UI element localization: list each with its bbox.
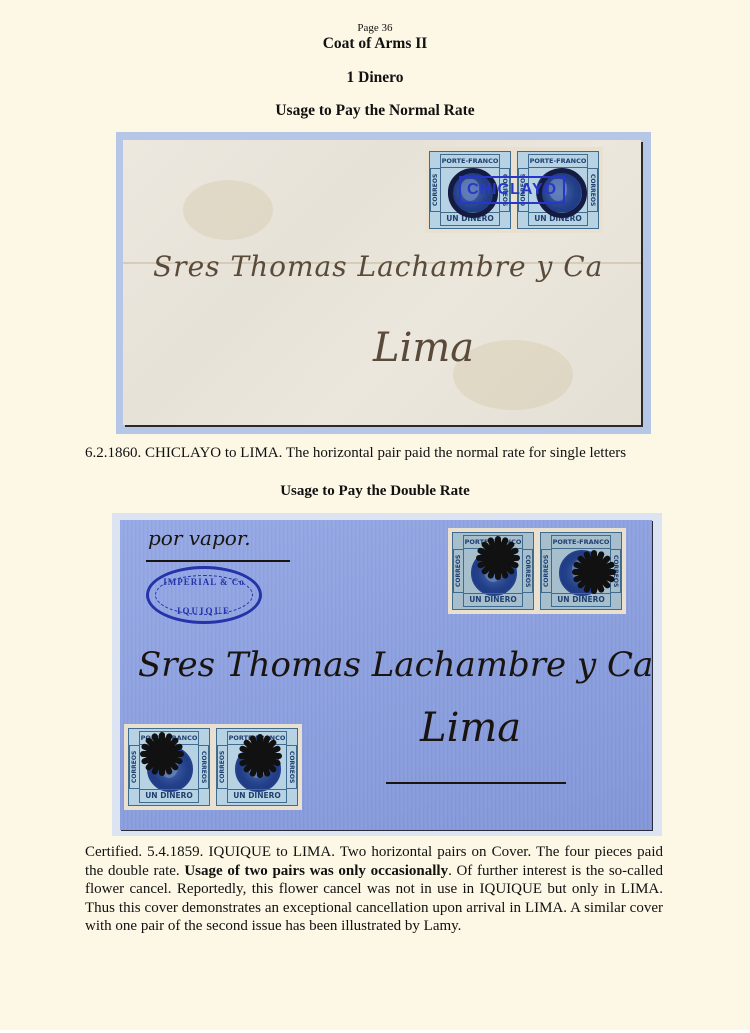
flower-cancel-icon [476, 536, 520, 580]
stamp-top-label: PORTE-FRANCO [440, 154, 500, 168]
caption-emphasis: Usage of two pairs was only occasionally [184, 863, 448, 879]
stamp-side-label: CORREOS [587, 168, 598, 212]
caption-double-rate: Certified. 5.4.1859. IQUIQUE to LIMA. Tw… [85, 843, 663, 936]
cover-image-iquique: por vapor. IMPERIAL & Co IQUIQUE PORTE-F… [120, 520, 652, 830]
page-title: Coat of Arms II [0, 35, 750, 53]
stamp-side-label: CORREOS [198, 745, 209, 789]
stamp-side-label: CORREOS [430, 168, 441, 212]
oval-stamp-town: IQUIQUE [149, 606, 259, 616]
stamp-value-label: UN DINERO [139, 789, 199, 803]
section-heading-double-rate: Usage to Pay the Double Rate [0, 483, 750, 500]
stamp-side-label: CORREOS [286, 745, 297, 789]
caption-normal-rate: 6.2.1860. CHICLAYO to LIMA. The horizont… [85, 444, 663, 463]
note-underline [146, 560, 290, 562]
stamp-value-label: UN DINERO [463, 593, 523, 607]
paper-stain [183, 180, 273, 240]
cover-image-chiclayo: PORTE-FRANCO CORREOS CORREOS UN DINERO P… [123, 140, 641, 425]
handwritten-address: Sres Thomas Lachambre y Ca [138, 645, 652, 685]
stamp-side-label: CORREOS [541, 549, 552, 593]
oval-stamp-top-text: IMPERIAL & Co [149, 577, 259, 587]
stamp-top-label: PORTE-FRANCO [551, 535, 611, 549]
stamp-value-label: UN DINERO [551, 593, 611, 607]
stamp-top-label: PORTE-FRANCO [528, 154, 588, 168]
stamp-side-label: CORREOS [453, 549, 464, 593]
handwritten-address: Sres Thomas Lachambre y Ca [153, 250, 603, 283]
page-number: Page 36 [0, 22, 750, 34]
handwritten-note: por vapor. [148, 526, 251, 550]
stamp-side-label: CORREOS [129, 745, 140, 789]
flower-cancel-icon [238, 734, 282, 778]
handwritten-city: Lima [420, 705, 521, 751]
flower-cancel-icon [572, 550, 616, 594]
stamp-value-label: UN DINERO [227, 789, 287, 803]
city-underline [386, 782, 566, 784]
chiclayo-boxed-cancel: CHICLAYO [459, 176, 565, 204]
handwritten-city: Lima [373, 325, 474, 371]
stamp-side-label: CORREOS [522, 549, 533, 593]
page-subtitle: 1 Dinero [0, 69, 750, 87]
section-heading-normal-rate: Usage to Pay the Normal Rate [0, 102, 750, 120]
stamp-side-label: CORREOS [217, 745, 228, 789]
flower-cancel-icon [140, 732, 184, 776]
oval-handstamp: IMPERIAL & Co IQUIQUE [146, 566, 262, 624]
